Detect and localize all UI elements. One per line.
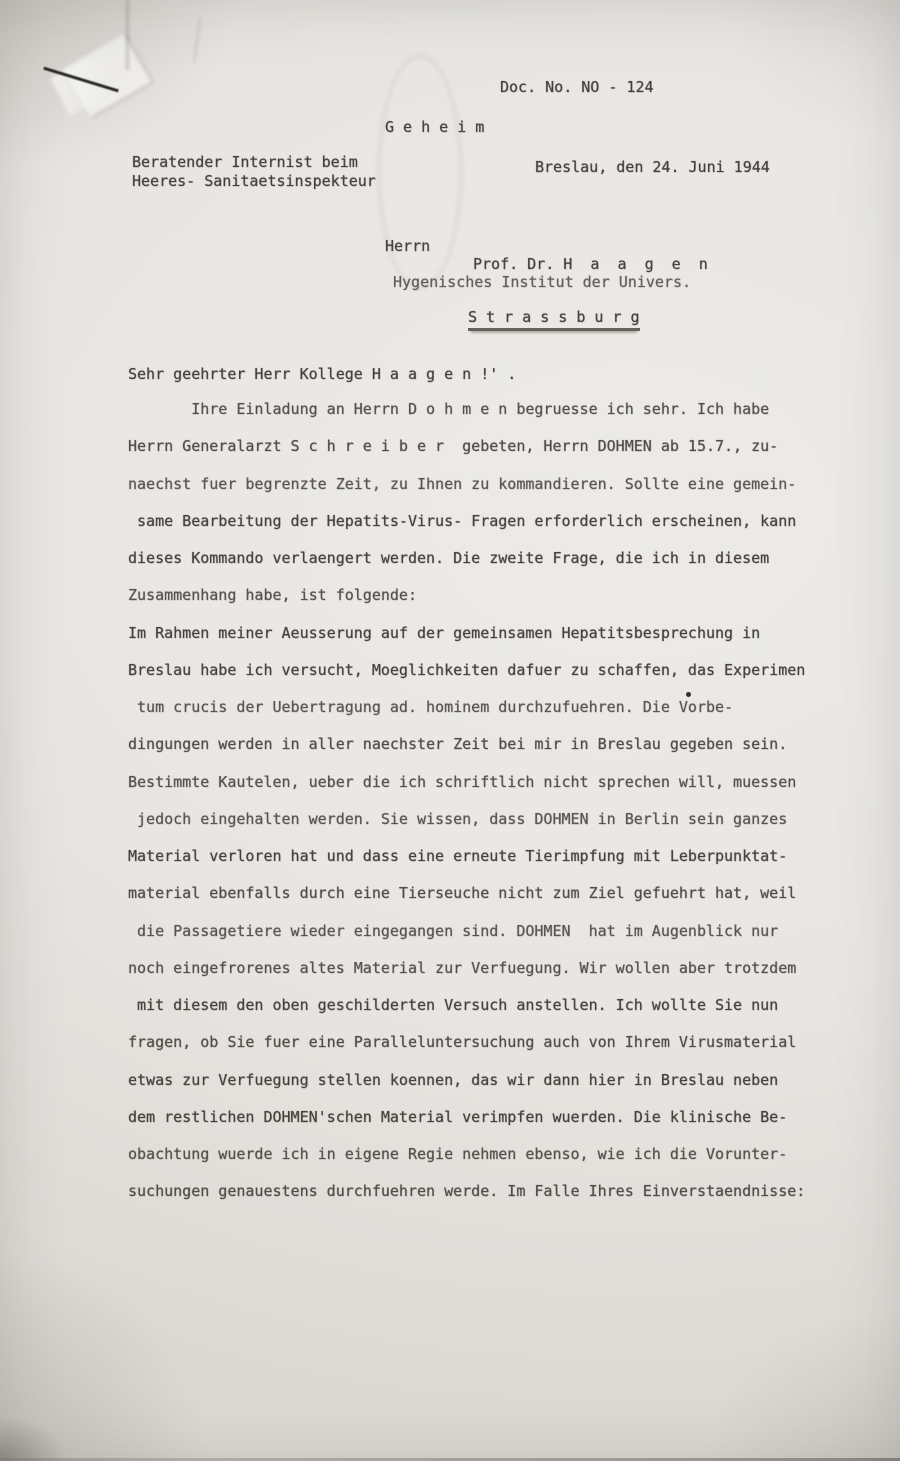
body-line: etwas zur Verfuegung stellen koennen, da… xyxy=(128,1071,828,1108)
greeting-line: Sehr geehrter Herr Kollege H a a g e n !… xyxy=(128,365,516,384)
paper-crease-line-2 xyxy=(193,18,201,63)
recipient-name: Prof. Dr. H a a g e n xyxy=(473,255,708,274)
body-line: Breslau habe ich versucht, Moeglichkeite… xyxy=(128,661,828,698)
body-line: suchungen genauestens durchfuehren werde… xyxy=(128,1182,828,1219)
recipient-city: S t r a s s b u r g xyxy=(468,308,640,331)
body-line: Ihre Einladung an Herrn D o h m e n begr… xyxy=(128,400,828,437)
body-line: Bestimmte Kautelen, ueber die ich schrif… xyxy=(128,773,828,810)
body-line: fragen, ob Sie fuer eine Paralleluntersu… xyxy=(128,1033,828,1070)
letter-body: Ihre Einladung an Herrn D o h m e n begr… xyxy=(128,400,828,1220)
sender-line1: Beratender Internist beim xyxy=(132,153,358,172)
body-line: obachtung wuerde ich in eigene Regie neh… xyxy=(128,1145,828,1182)
body-line: naechst fuer begrenzte Zeit, zu Ihnen zu… xyxy=(128,475,828,512)
classification-stamp: G e h e i m xyxy=(385,118,484,137)
document-page: Doc. No. NO - 124 G e h e i m Beratender… xyxy=(0,0,900,1461)
body-line: tum crucis der Uebertragung ad. hominem … xyxy=(128,698,828,735)
body-line: dingungen werden in aller naechster Zeit… xyxy=(128,735,828,772)
dateline: Breslau, den 24. Juni 1944 xyxy=(535,158,770,177)
body-line: Im Rahmen meiner Aeusserung auf der geme… xyxy=(128,624,828,661)
body-line: jedoch eingehalten werden. Sie wissen, d… xyxy=(128,810,828,847)
body-line: mit diesem den oben geschilderten Versuc… xyxy=(128,996,828,1033)
body-line: dem restlichen DOHMEN'schen Material ver… xyxy=(128,1108,828,1145)
corner-shadow xyxy=(0,1401,90,1461)
body-line: Zusammenhang habe, ist folgende: xyxy=(128,586,828,623)
body-line: die Passagetiere wieder eingegangen sind… xyxy=(128,922,828,959)
doc-number: Doc. No. NO - 124 xyxy=(500,78,654,97)
sender-line2: Heeres- Sanitaetsinspekteur xyxy=(132,172,376,191)
recipient-institute: Hygenisches Institut der Univers. xyxy=(393,273,691,292)
body-line: same Bearbeitung der Hepatits-Virus- Fra… xyxy=(128,512,828,549)
body-line: Material verloren hat und dass eine erne… xyxy=(128,847,828,884)
recipient-herrn: Herrn xyxy=(385,237,430,256)
paper-crease-line xyxy=(126,0,129,70)
body-line: Herrn Generalarzt S c h r e i b e r gebe… xyxy=(128,437,828,474)
body-line: noch eingefrorenes altes Material zur Ve… xyxy=(128,959,828,996)
body-line: material ebenfalls durch eine Tierseuche… xyxy=(128,884,828,921)
body-line: dieses Kommando verlaengert werden. Die … xyxy=(128,549,828,586)
